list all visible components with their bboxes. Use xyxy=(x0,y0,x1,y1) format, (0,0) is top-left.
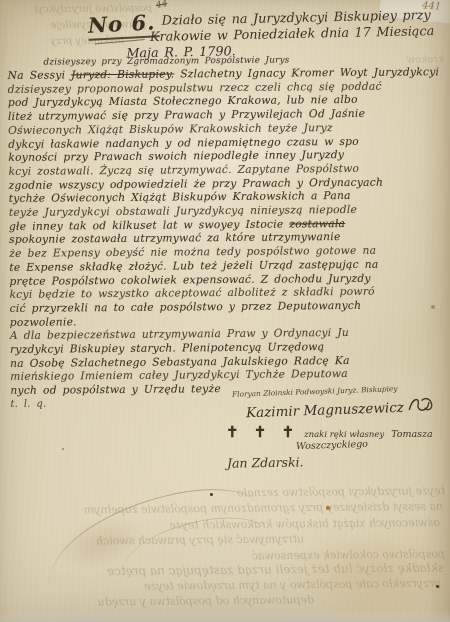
paper-edge-shading xyxy=(424,0,450,622)
foxing-spot xyxy=(326,506,330,510)
paper-edge-shading xyxy=(0,611,450,622)
struck-text: Juryzd: Biskupiey. xyxy=(71,67,174,81)
foxing-spot xyxy=(62,448,64,450)
body-line-text: Na Sessyi xyxy=(8,68,72,82)
foxing-spot xyxy=(210,493,213,496)
clerk-signature: Jan Zdarski. xyxy=(227,454,304,470)
cross-marks-row: ✝ ✝ ✝znaki ręki własneyTomasza xyxy=(226,422,433,441)
body-line-text: Szlachetny Ignacy Kromer Woyt Juryzdykcy… xyxy=(174,65,439,80)
body-text: dzisieyszey przy Zgromadzonym Pospólstwi… xyxy=(7,53,450,411)
struck-text: zostawała xyxy=(289,217,345,230)
cross-marks: ✝ ✝ ✝ xyxy=(226,423,299,441)
manuscript-page: pospólstwo juryzdykcyi prawa y przywilej… xyxy=(0,0,450,622)
cross-marks-surname: Woszczyckiego xyxy=(296,439,368,453)
cross-marks-label: znaki ręki własney xyxy=(304,430,384,440)
main-signature-name: Kazimir Magnuszewicz xyxy=(246,400,404,422)
main-signature: Kazimir Magnuszewicz xyxy=(246,395,436,426)
bleedthrough-text: deputowanych od pospólstwa y urzędu xyxy=(4,593,314,609)
top-mark: 44 xyxy=(155,0,168,11)
